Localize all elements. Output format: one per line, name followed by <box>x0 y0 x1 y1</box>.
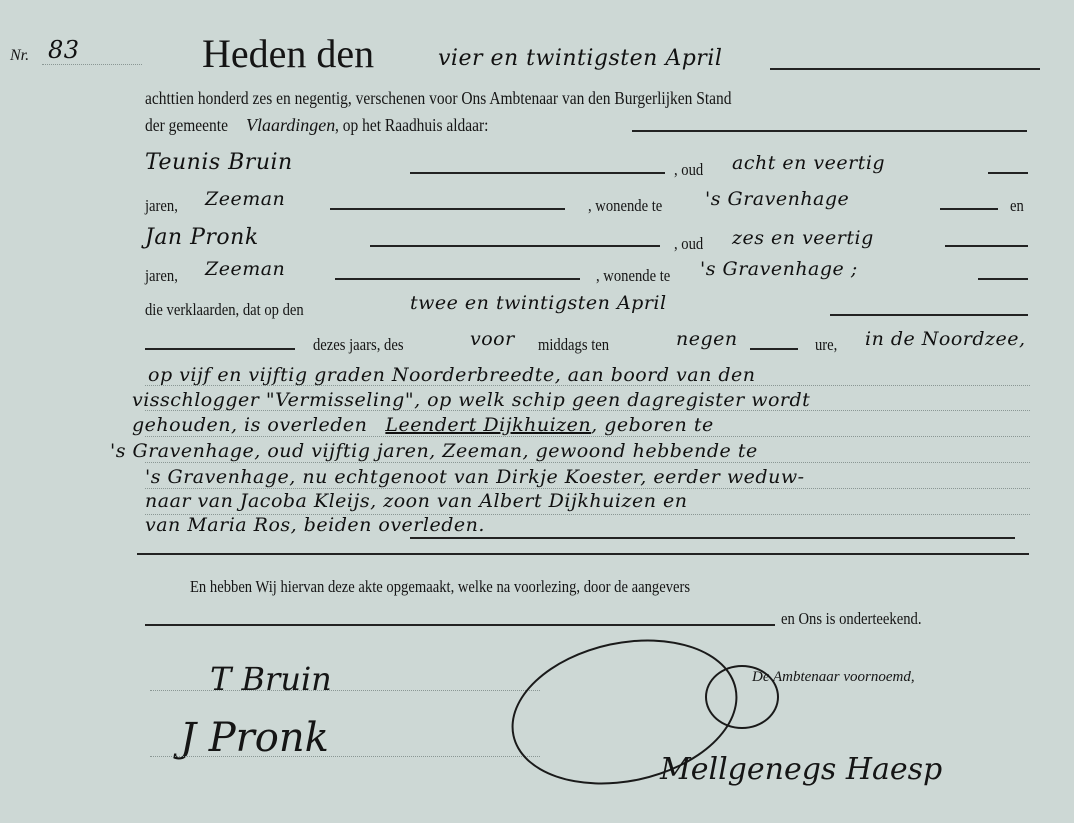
fill-line <box>632 130 1027 132</box>
deceased-name: Leendert Dijkhuizen <box>385 414 591 436</box>
narrative-line-3: gehouden, is overleden <box>132 414 367 436</box>
midday-label: middags ten <box>538 335 609 355</box>
signature-informant1: T Bruin <box>210 660 332 698</box>
line-municipality: der gemeente Vlaardingen, op het Raadhui… <box>145 115 514 136</box>
municipality-suffix: , op het Raadhuis aldaar: <box>335 115 488 136</box>
fill-line <box>410 172 665 174</box>
fill-line <box>335 278 580 280</box>
fill-line <box>770 68 1040 70</box>
place-start: in de Noordzee, <box>865 328 1026 350</box>
record-number-label: Nr. <box>10 47 29 65</box>
informant2-occupation: Zeeman <box>205 258 285 280</box>
ruled-line <box>145 436 1030 437</box>
informant1-years-label: jaren, <box>145 196 178 216</box>
narrative-line-4: 's Gravenhage, oud vijftig jaren, Zeeman… <box>110 440 758 462</box>
fill-line <box>940 208 998 210</box>
ampm: voor <box>470 328 515 350</box>
fill-line <box>330 208 565 210</box>
informant1-age: acht en veertig <box>732 152 885 174</box>
deceased-born: , geboren te <box>591 414 714 436</box>
line-year: achttien honderd zes en negentig, versch… <box>145 88 731 109</box>
fill-line <box>750 348 798 350</box>
fill-line <box>370 245 660 247</box>
ruled-line <box>145 488 1030 489</box>
informant1-name: Teunis Bruin <box>145 150 293 175</box>
narrative-line-5: 's Gravenhage, nu echtgenoot van Dirkje … <box>145 466 805 488</box>
narrative-line-3-wrap: gehouden, is overleden Leendert Dijkhuiz… <box>132 414 714 436</box>
fill-line <box>945 245 1028 247</box>
year-label: dezes jaars, des <box>313 335 404 355</box>
fill-line <box>978 278 1028 280</box>
informant2-residence-label: , wonende te <box>596 266 670 286</box>
informant2-residence: 's Gravenhage ; <box>700 258 858 280</box>
official-label: De Ambtenaar voornoemd, <box>752 669 915 686</box>
hour: negen <box>676 328 738 350</box>
heading: Heden den <box>202 30 374 77</box>
informant2-age-label: , oud <box>674 234 703 254</box>
hour-label: ure, <box>815 335 837 355</box>
fill-line <box>410 537 1015 539</box>
date-handwritten: vier en twintigsten April <box>438 46 722 71</box>
fill-line <box>137 553 1029 555</box>
informant1-residence-label: , wonende te <box>588 196 662 216</box>
fill-line <box>988 172 1028 174</box>
death-date: twee en twintigsten April <box>410 292 667 314</box>
informant1-age-label: , oud <box>674 160 703 180</box>
signature-line <box>150 690 540 691</box>
signature-informant2: J Pronk <box>180 715 329 761</box>
signature-official: Mellgenegs Haesp <box>660 752 942 787</box>
narrative-line-2: visschlogger "Vermisseling", op welk sch… <box>132 389 810 411</box>
fill-line <box>830 314 1028 316</box>
informant2-name: Jan Pronk <box>145 225 259 250</box>
signature-line <box>150 756 540 757</box>
informant2-years-label: jaren, <box>145 266 178 286</box>
fill-line <box>145 624 775 626</box>
municipality: Vlaardingen <box>246 115 335 135</box>
record-number-line <box>42 64 142 65</box>
fill-line <box>145 348 295 350</box>
informant2-age: zes en veertig <box>732 227 874 249</box>
declared-label: die verklaarden, dat op den <box>145 300 304 320</box>
record-number: 83 <box>48 36 80 64</box>
and-label: en <box>1010 196 1024 216</box>
informant1-residence: 's Gravenhage <box>705 188 849 210</box>
closing-line-1: En hebben Wij hiervan deze akte opgemaak… <box>190 577 690 597</box>
informant1-occupation: Zeeman <box>205 188 285 210</box>
closing-line-2: en Ons is onderteekend. <box>781 609 921 629</box>
narrative-line-6: naar van Jacoba Kleijs, zoon van Albert … <box>145 490 687 512</box>
narrative-line-1: op vijf en vijftig graden Noorderbreedte… <box>148 364 756 386</box>
narrative-line-7: van Maria Ros, beiden overleden. <box>145 514 485 536</box>
ruled-line <box>145 462 1030 463</box>
municipality-prefix: der gemeente <box>145 115 228 136</box>
